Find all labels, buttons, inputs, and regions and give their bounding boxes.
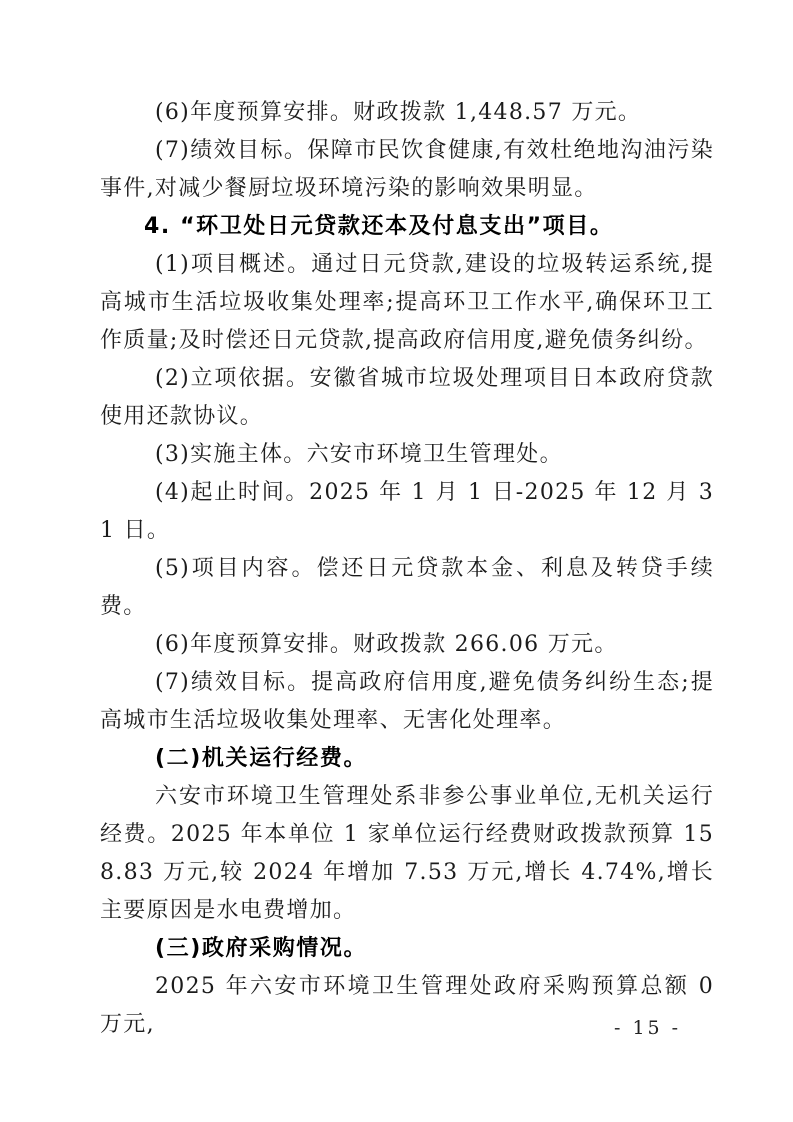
heading-section2-agency-operating-funds: (二)机关运行经费。 [100,740,714,778]
para-p2-approval-basis: (2)立项依据。安徽省城市垃圾处理项目日本政府贷款使用还款协议。 [100,360,714,436]
para-item7-performance-target-food-waste: (7)绩效目标。保障市民饮食健康,有效杜绝地沟油污染事件,对减少餐厨垃圾环境污染… [100,132,714,208]
para-p7-performance-target-yen-loan: (7)绩效目标。提高政府信用度,避免债务纠纷生态;提高城市生活垃圾收集处理率、无… [100,664,714,740]
document-page: (6)年度预算安排。财政拨款 1,448.57 万元。 (7)绩效目标。保障市民… [0,0,793,1122]
heading-section3-government-procurement: (三)政府采购情况。 [100,930,714,968]
para-operating-funds-detail: 六安市环境卫生管理处系非参公事业单位,无机关运行经费。2025 年本单位 1 家… [100,778,714,930]
para-p1-project-overview: (1)项目概述。通过日元贷款,建设的垃圾转运系统,提高城市生活垃圾收集处理率;提… [100,246,714,360]
para-p3-implementing-body: (3)实施主体。六安市环境卫生管理处。 [100,436,714,474]
heading-project4-yen-loan: 4. “环卫处日元贷款还本及付息支出”项目。 [100,208,714,246]
para-p4-time-span: (4)起止时间。2025 年 1 月 1 日-2025 年 12 月 31 日。 [100,474,714,550]
page-number: - 15 - [614,1016,681,1040]
para-p6-annual-budget-yen-loan: (6)年度预算安排。财政拨款 266.06 万元。 [100,626,714,664]
para-item6-annual-budget-food-waste: (6)年度预算安排。财政拨款 1,448.57 万元。 [100,94,714,132]
para-p5-project-content: (5)项目内容。偿还日元贷款本金、利息及转贷手续费。 [100,550,714,626]
document-body: (6)年度预算安排。财政拨款 1,448.57 万元。 (7)绩效目标。保障市民… [100,94,714,1044]
